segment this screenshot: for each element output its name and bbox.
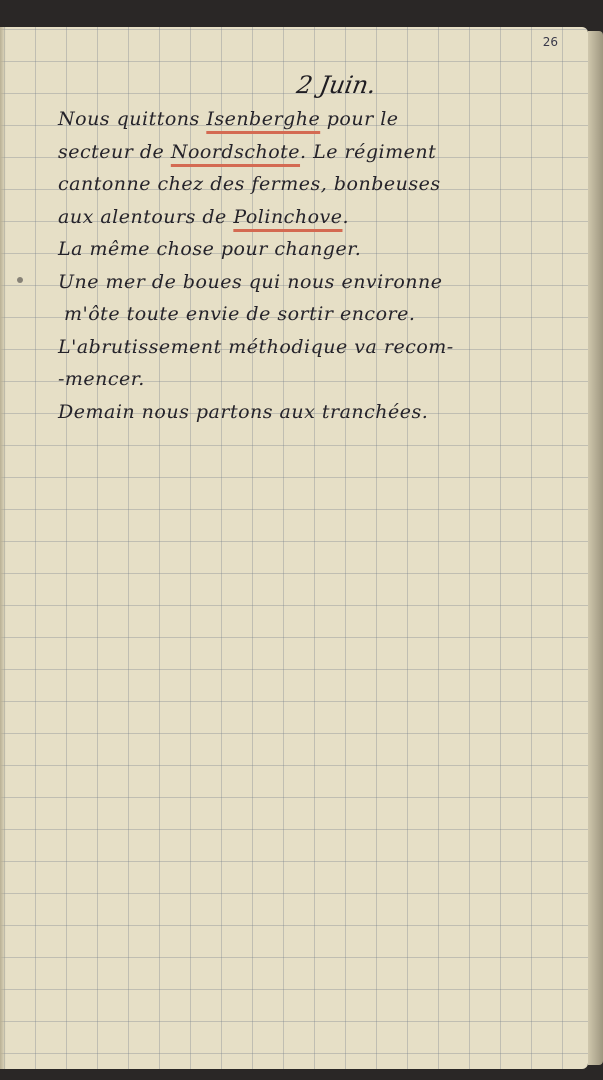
place-name-underlined: Isenberghe <box>206 108 320 130</box>
entry-line: Nous quittons Isenberghe pour le <box>58 103 578 136</box>
entry-line: -mencer. <box>58 363 578 396</box>
entry-line: aux alentours de Polinchove. <box>58 201 578 234</box>
ink-smudge <box>17 277 23 283</box>
entry-line: L'abrutissement méthodique va recom- <box>58 331 578 364</box>
page-number: 26 <box>543 35 558 49</box>
place-name-underlined: Polinchove <box>233 206 342 228</box>
page-stack-edge <box>588 31 603 1065</box>
entry-line: La même chose pour changer. <box>58 233 578 266</box>
entry-line: m'ôte toute envie de sortir encore. <box>58 298 578 331</box>
entry-line: Une mer de boues qui nous environne <box>58 266 578 299</box>
place-name-underlined: Noordschote <box>171 141 300 163</box>
binding-shadow <box>0 27 6 1069</box>
entry-line: secteur de Noordschote. Le régiment <box>58 136 578 169</box>
entry-line: cantonne chez des fermes, bonbeuses <box>58 168 578 201</box>
date-heading: 2 Juin. <box>295 71 379 99</box>
diary-entry: Nous quittons Isenberghe pour le secteur… <box>58 103 578 428</box>
entry-line: Demain nous partons aux tranchées. <box>58 396 578 429</box>
